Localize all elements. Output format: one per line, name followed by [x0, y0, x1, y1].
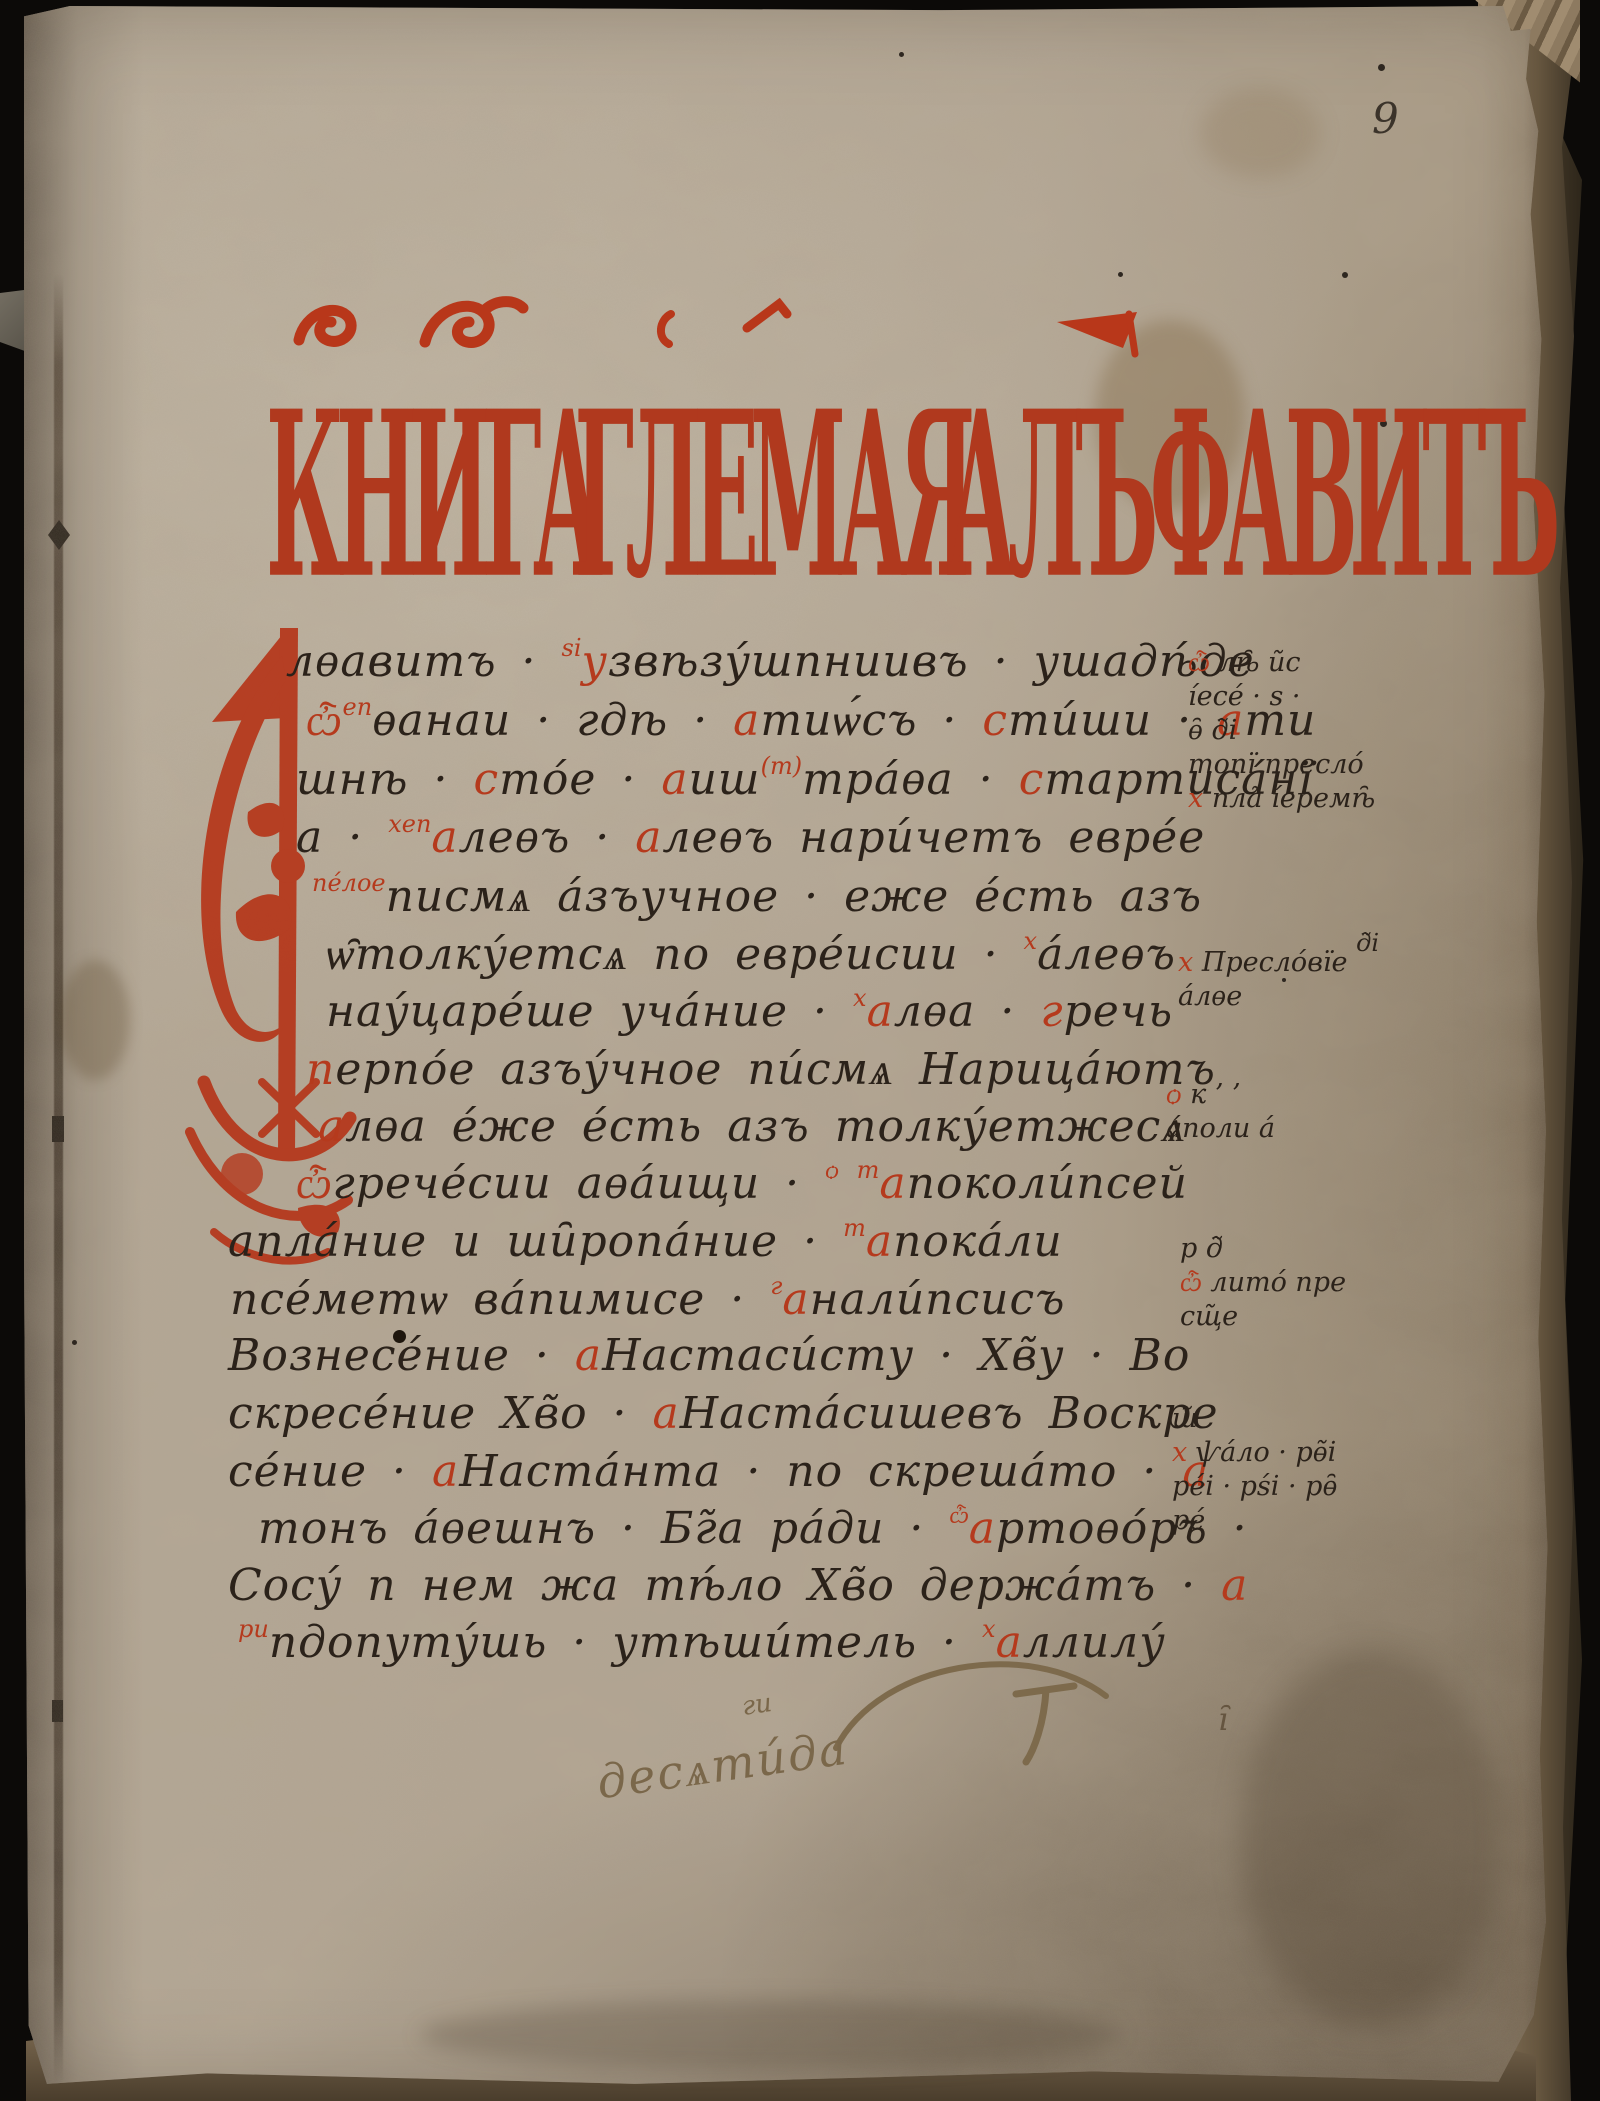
wormhole: [899, 52, 904, 57]
stain: [420, 2000, 1120, 2070]
text-line: тонъ а́ѳешнъ · Бг̃а ра́ди · ѽартоѳо́ръ ·: [258, 1503, 1248, 1554]
text-segment: пока́ли: [893, 1216, 1063, 1267]
text-segment: у: [582, 636, 609, 687]
titlo-flag-stem-icon: [1129, 314, 1135, 354]
text-segment: нали́псисъ: [810, 1274, 1066, 1325]
margin-note: ѽ лѣ̑ и̃сі́есе́ · ѕ ·ѳ̑ д̃ітопї пресло́х…: [1188, 646, 1375, 816]
text-line: Вознесе́ние · аНастаси́сту · Хв̃у · Во: [228, 1330, 1190, 1381]
bottom-note-flourish: [820, 1652, 1120, 1782]
text-line: перпо́е азъу́чное пи́смѧ Нарица́ютъ: [306, 1044, 1216, 1095]
stain: [60, 960, 130, 1080]
text-segment: а́леѳъ: [1037, 929, 1176, 980]
text-segment: ре́: [1172, 1505, 1205, 1536]
text-line: алѳа е́же е́сть азъ толку́етжесѧ: [318, 1101, 1186, 1152]
flourish-t-icon: [1016, 1686, 1074, 1762]
text-segment: лѳа ·: [894, 986, 1041, 1037]
text-segment: Сосу́ п нем жа тѣ́ло Хв̃о держа́тъ ·: [228, 1560, 1221, 1611]
margin-mark: і̑: [1218, 1700, 1228, 1738]
superscript-gloss: ѻ т: [825, 1156, 879, 1184]
flourish-arc-icon: [836, 1664, 1106, 1748]
superscript-gloss: еп: [343, 693, 373, 721]
text-segment: ѽ: [306, 695, 343, 746]
text-segment: леѳъ ·: [459, 812, 636, 863]
text-line: ѽгрече́сии аѳа́ищи · ѻ тапоколи́псей: [296, 1158, 1188, 1209]
margin-note-line: а́лѳе: [1178, 980, 1379, 1014]
text-segment: ѽ: [1188, 647, 1218, 678]
manuscript-scan: 9 КНИГА ГЛЕМАЯ АЛЪФАВИТЪ А: [0, 0, 1600, 2101]
text-segment: х: [1188, 783, 1212, 814]
margin-note-line: р д̃: [1180, 1232, 1346, 1266]
binding-stitch: [52, 1700, 63, 1722]
text-segment: с: [982, 695, 1008, 746]
text-segment: Пресло́вїе: [1202, 947, 1356, 978]
text-segment: а: [879, 1158, 906, 1209]
text-line: пе́лоеписмѧ а́зъучное · еже е́сть азъ: [312, 871, 1202, 922]
superscript-gloss: х: [982, 1615, 996, 1643]
margin-note-line: ре́: [1172, 1504, 1337, 1538]
superscript-gloss: пе́лое: [312, 869, 386, 897]
text-segment: ерпо́е азъу́чное пи́смѧ Нарица́ютъ: [335, 1044, 1215, 1095]
text-segment: леѳъ нари́четъ евре́е: [663, 812, 1206, 863]
text-segment: ш̃: [1172, 1403, 1198, 1434]
superscript-gloss: ѽ: [949, 1501, 968, 1529]
margin-note-line: ѳ̑ д̃і: [1188, 714, 1375, 748]
text-segment: ѽ: [296, 1158, 333, 1209]
text-segment: ѳанаи · гдѣ ·: [372, 695, 733, 746]
swirl-ornament-icon: [425, 302, 523, 343]
text-segment: апла́ние и ши̑ропа́ние ·: [228, 1216, 843, 1267]
hook-ornament-icon: [661, 314, 671, 344]
text-line: псе́метѡ ва́пимисе · ганали́псисъ: [230, 1274, 1065, 1325]
superscript-gloss: г: [770, 1272, 782, 1300]
text-segment: Настаси́сту · Хв̃у · Во: [602, 1330, 1190, 1381]
margin-note-line: х ѱа́ло · рѳ̃і: [1172, 1436, 1337, 1470]
wormhole: [1378, 64, 1385, 71]
text-segment: а ·: [296, 812, 388, 863]
text-segment: а́лѳе: [1178, 981, 1242, 1012]
text-segment: ѳ̑ д̃і: [1188, 715, 1237, 746]
text-segment: ѻ: [1166, 1079, 1190, 1110]
text-segment: а: [575, 1330, 602, 1381]
text-segment: а: [431, 812, 458, 863]
text-segment: ре́і · рѕ́і · рѳ̑: [1172, 1471, 1337, 1502]
text-line: а · хепалеѳъ · алеѳъ нари́четъ евре́е: [296, 812, 1205, 863]
check-stroke-icon: [747, 304, 787, 328]
margin-note-line: ре́і · рѕ́і · рѳ̑: [1172, 1470, 1337, 1504]
text-segment: ѡ̑толку́етсѧ по евре́исии ·: [326, 929, 1024, 980]
text-segment: грече́сии аѳа́ищи ·: [333, 1158, 826, 1209]
text-segment: х: [1172, 1437, 1196, 1468]
text-segment: а: [318, 1101, 345, 1152]
margin-note: х Пресло́вїе д̃іа́лѳе: [1178, 946, 1379, 1014]
margin-note: ш̃х ѱа́ло · рѳ̃іре́і · рѕ́і · рѳ̑ре́: [1172, 1402, 1337, 1538]
swirl-ornament-icon: [299, 310, 351, 341]
folio-number: 9: [1372, 94, 1399, 143]
text-segment: а: [867, 986, 894, 1037]
headpiece-ornaments: [285, 292, 1205, 372]
text-segment: а: [866, 1216, 893, 1267]
text-line: нау́царе́ше уча́ние · халѳа · гречь: [326, 986, 1173, 1037]
text-segment: нау́царе́ше уча́ние ·: [326, 986, 853, 1037]
wormhole: [1118, 272, 1123, 277]
binding-stitch: [52, 1116, 64, 1142]
text-segment: лѳа е́же е́сть азъ толку́етжесѧ: [345, 1101, 1186, 1152]
text-segment: і́есе́ · ѕ ·: [1188, 681, 1300, 712]
margin-note-line: ш̃: [1172, 1402, 1337, 1436]
text-line: шнѣ · сто́е · аиш(т)тра́ѳа · стартиса́нї: [296, 754, 1313, 805]
text-line: ѡ̑толку́етсѧ по евре́исии · ха́леѳъ: [326, 929, 1176, 980]
superscript-gloss: т: [843, 1214, 866, 1242]
text-segment: а: [661, 754, 688, 805]
text-segment: с: [1019, 754, 1045, 805]
text-segment: пла̃ і́еремѣ̑: [1212, 783, 1375, 814]
text-line: скресе́ние Хв̃о · аНаста́сишевъ Воскре: [228, 1388, 1219, 1439]
text-segment: речь: [1064, 986, 1174, 1037]
text-segment: а: [1221, 1560, 1248, 1611]
text-segment: ти́ши ·: [1008, 695, 1217, 746]
text-segment: лѣ̑ и̃с: [1218, 647, 1300, 678]
text-segment: топї пресло́: [1188, 749, 1364, 780]
text-line: апла́ние и ши̑ропа́ние · тапока́ли: [228, 1216, 1063, 1267]
text-segment: скресе́ние Хв̃о ·: [228, 1388, 653, 1439]
stain: [1240, 1650, 1500, 2030]
text-segment: р д̃: [1180, 1233, 1223, 1264]
text-segment: ѱа́ло · рѳ̃і: [1196, 1437, 1336, 1468]
margin-note-line: і́есе́ · ѕ ·: [1188, 680, 1375, 714]
text-segment: иш: [689, 754, 761, 805]
stain: [1200, 88, 1320, 178]
superscript-gloss: хеп: [388, 810, 431, 838]
wormhole: [1342, 272, 1348, 278]
superscript-gloss: х: [1024, 927, 1038, 955]
speck: [72, 1340, 77, 1345]
text-segment: сщ̃е: [1180, 1301, 1238, 1332]
text-segment: х: [1178, 947, 1202, 978]
text-segment: шнѣ ·: [296, 754, 473, 805]
text-segment: поколи́псей: [907, 1158, 1188, 1209]
superscript-gloss: д̃і: [1356, 929, 1379, 957]
text-segment: а: [969, 1503, 996, 1554]
text-line: лѳавитъ · ѕіузвѣзу́шпниивъ · ушадѣ́де: [286, 636, 1255, 687]
text-segment: то́е ·: [499, 754, 661, 805]
text-segment: а: [635, 812, 662, 863]
text-segment: лѳавитъ ·: [286, 636, 562, 687]
headpiece-title-vyaz: КНИГА ГЛЕМАЯ АЛЪФАВИТЪ: [266, 362, 1166, 620]
text-segment: Наста́сишевъ Воскре: [680, 1388, 1219, 1439]
titlo-flag-icon: [1057, 312, 1137, 348]
margin-note-line: сщ̃е: [1180, 1300, 1346, 1334]
text-line: ѽепѳанаи · гдѣ · атиѡ́съ · сти́ши · ати: [306, 695, 1316, 746]
margin-note: ѻ к ’ ’а́поли а́: [1166, 1078, 1275, 1146]
text-segment: с: [473, 754, 499, 805]
text-segment: а: [432, 1446, 459, 1497]
margin-note-line: а́поли а́: [1166, 1112, 1275, 1146]
text-line: се́ние · аНаста́нта · по скреша́то · а: [228, 1446, 1210, 1497]
text-segment: лито́ пре: [1210, 1267, 1346, 1298]
text-segment: п: [306, 1044, 335, 1095]
margin-note-line: ѽ лито́ пре: [1180, 1266, 1346, 1300]
superscript-gloss: х: [853, 984, 867, 1012]
text-segment: а́поли а́: [1166, 1113, 1275, 1144]
margin-note-line: х пла̃ і́еремѣ̑: [1188, 782, 1375, 816]
margin-note-line: х Пресло́вїе д̃і: [1178, 946, 1379, 980]
superscript-gloss: ри: [238, 1615, 269, 1643]
text-segment: тонъ а́ѳешнъ · Бг̃а ра́ди ·: [258, 1503, 949, 1554]
text-segment: ѽ: [1180, 1267, 1210, 1298]
text-segment: тра́ѳа ·: [802, 754, 1019, 805]
margin-note-line: топї пресло́: [1188, 748, 1375, 782]
margin-note-line: ѽ лѣ̑ и̃с: [1188, 646, 1375, 680]
text-segment: г: [1040, 986, 1063, 1037]
text-segment: а: [653, 1388, 680, 1439]
text-segment: а: [782, 1274, 809, 1325]
margin-note: р д̃ѽ лито́ пресщ̃е: [1180, 1232, 1346, 1334]
text-segment: звѣзу́шпниивъ · ушадѣ́де: [608, 636, 1255, 687]
text-segment: писмѧ а́зъучное · еже е́сть азъ: [386, 871, 1203, 922]
text-segment: Вознесе́ние ·: [228, 1330, 575, 1381]
text-line: Сосу́ п нем жа тѣ́ло Хв̃о держа́тъ · а: [228, 1560, 1248, 1611]
text-segment: псе́метѡ ва́пимисе ·: [230, 1274, 770, 1325]
margin-note-line: ѻ к ’ ’: [1166, 1078, 1275, 1112]
text-segment: Наста́нта · по скреша́то ·: [459, 1446, 1182, 1497]
text-segment: а: [733, 695, 760, 746]
superscript-gloss: ѕі: [562, 634, 582, 662]
headpiece-title-text: КНИГА ГЛЕМАЯ АЛЪФАВИТЪ: [266, 362, 1552, 630]
text-segment: тиѡ́съ ·: [760, 695, 982, 746]
text-segment: к ’ ’: [1190, 1079, 1240, 1110]
superscript-gloss: (т): [761, 752, 802, 780]
bottom-note-superscript: ги: [740, 1688, 774, 1722]
text-segment: се́ние ·: [228, 1446, 432, 1497]
